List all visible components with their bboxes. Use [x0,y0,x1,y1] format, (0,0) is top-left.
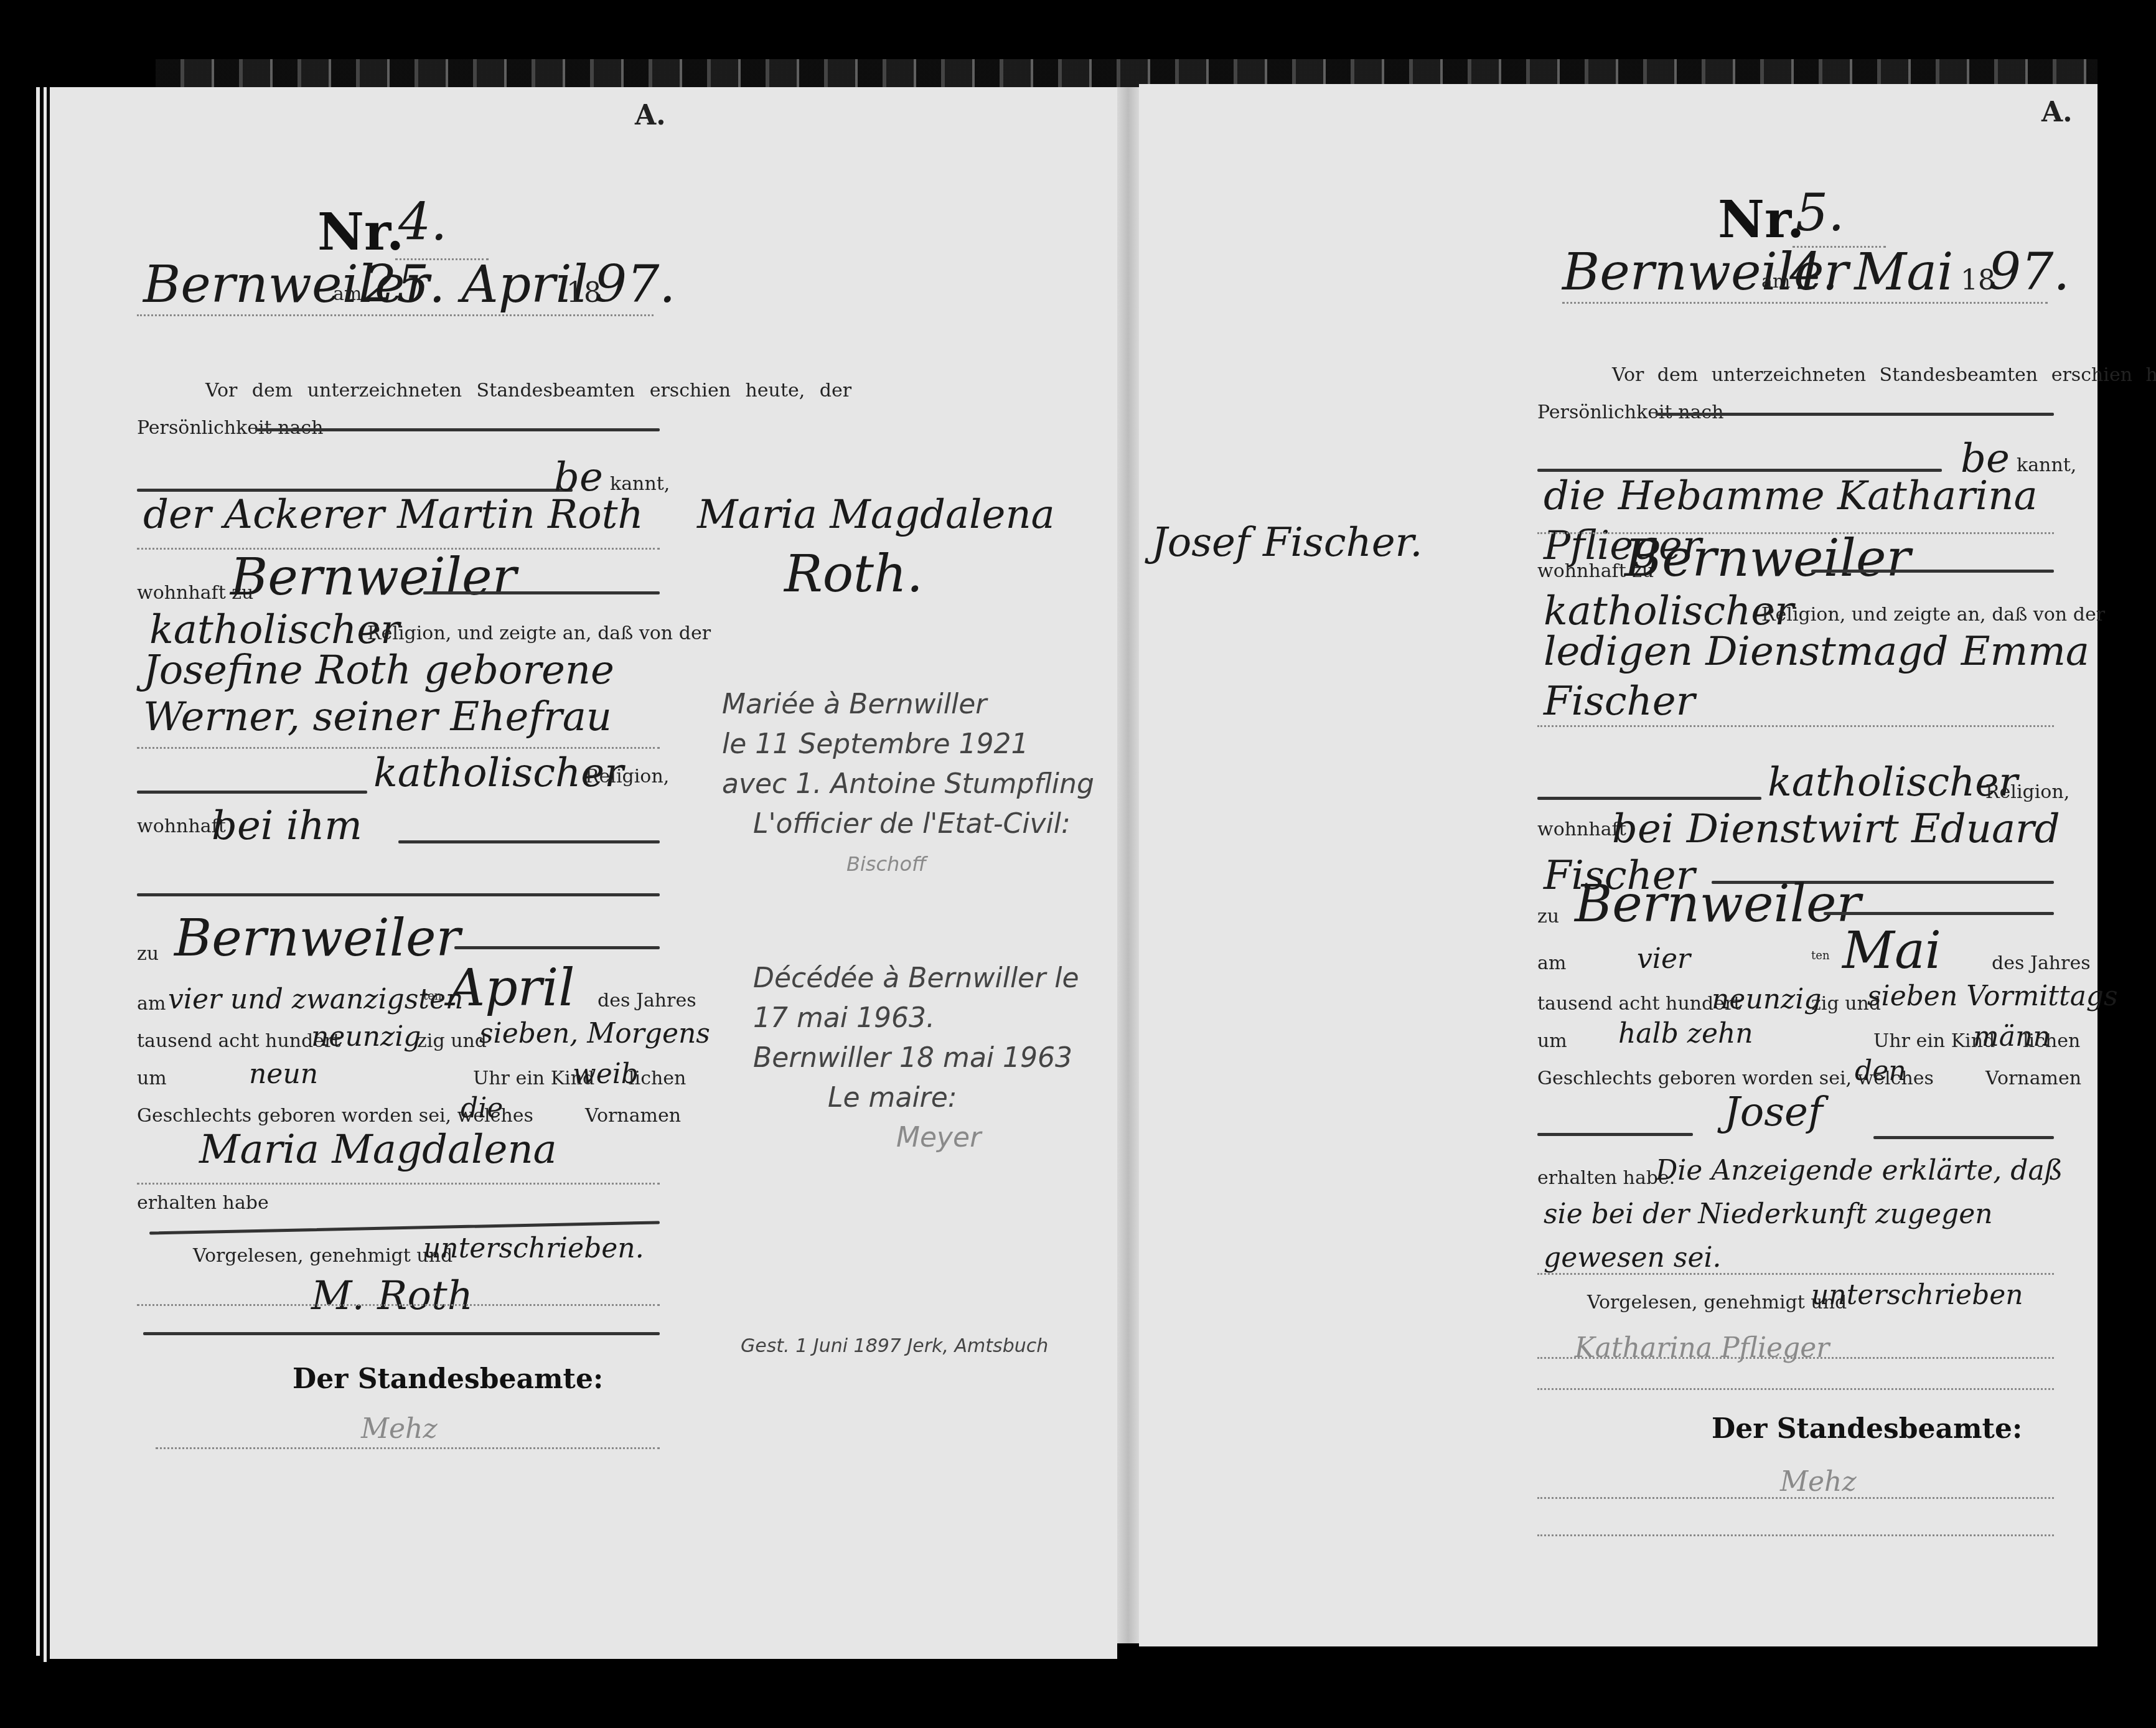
intro-text: Vor dem unterzeichneten Standesbeamten e… [1612,364,2156,386]
book-gutter [1117,87,1139,1643]
record-number: 4. [398,193,447,252]
standesbeamte-label: Der Standesbeamte: [293,1363,603,1395]
margin-child-name: Maria Magdalena [697,492,1055,538]
record-year: 97. [594,255,675,314]
marriage-note: Mariée à Bernwiller le 11 Septembre 1921… [722,685,1094,884]
left-page: A. Nr. 4. Bernweiler am 25. April 18 97.… [50,87,1117,1659]
page-edge-line [44,87,47,1662]
mother-name: ledigen Dienstmagd Emma [1544,629,2089,675]
record-number-label: Nr. [1718,190,1804,250]
right-page: A. Josef Fischer. Nr. 5. Bernweiler am 4… [1139,84,2097,1646]
official-signature: Mehz [1780,1466,1857,1498]
marriage-officer-signature: Bischoff [722,844,1094,884]
record-number-label: Nr. [317,202,404,262]
residence: Bernweiler [1624,529,1911,588]
bottom-margin-note: Gest. 1 Juni 1897 Jerk, Amtsbuch [741,1335,1048,1357]
page-edge-line [36,87,40,1656]
record-number: 5. [1796,184,1844,243]
child-name: Maria Magdalena [199,1127,557,1173]
record-date: 4. Mai [1789,243,1953,302]
intro-text: Vor dem unterzeichneten Standesbeamten e… [205,380,851,401]
informant-signature: M. Roth [311,1273,473,1319]
remark: Die Anzeigende erklärte, daß [1656,1155,2063,1186]
record-year: 97. [1989,243,2069,302]
child-name: Josef [1724,1089,1823,1135]
mayor-signature: Meyer [753,1118,1079,1158]
mother-name: Josefine Roth geborene [143,647,614,693]
official-signature: Mehz [361,1413,438,1445]
standesbeamte-label: Der Standesbeamte: [1712,1413,2022,1445]
page-letter: A. [2041,96,2072,128]
informant: die Hebamme Katharina [1544,473,2038,519]
residence: Bernweiler [230,548,517,607]
death-note: Décédée à Bernwiller le 17 mai 1963. Ber… [753,959,1079,1158]
page-letter: A. [635,100,665,131]
margin-child-name: Josef Fischer. [1151,520,1423,566]
informant: der Ackerer Martin Roth [143,492,644,538]
informant-signature: Katharina Pflieger [1575,1332,1829,1364]
record-date: 25. April [364,255,588,314]
